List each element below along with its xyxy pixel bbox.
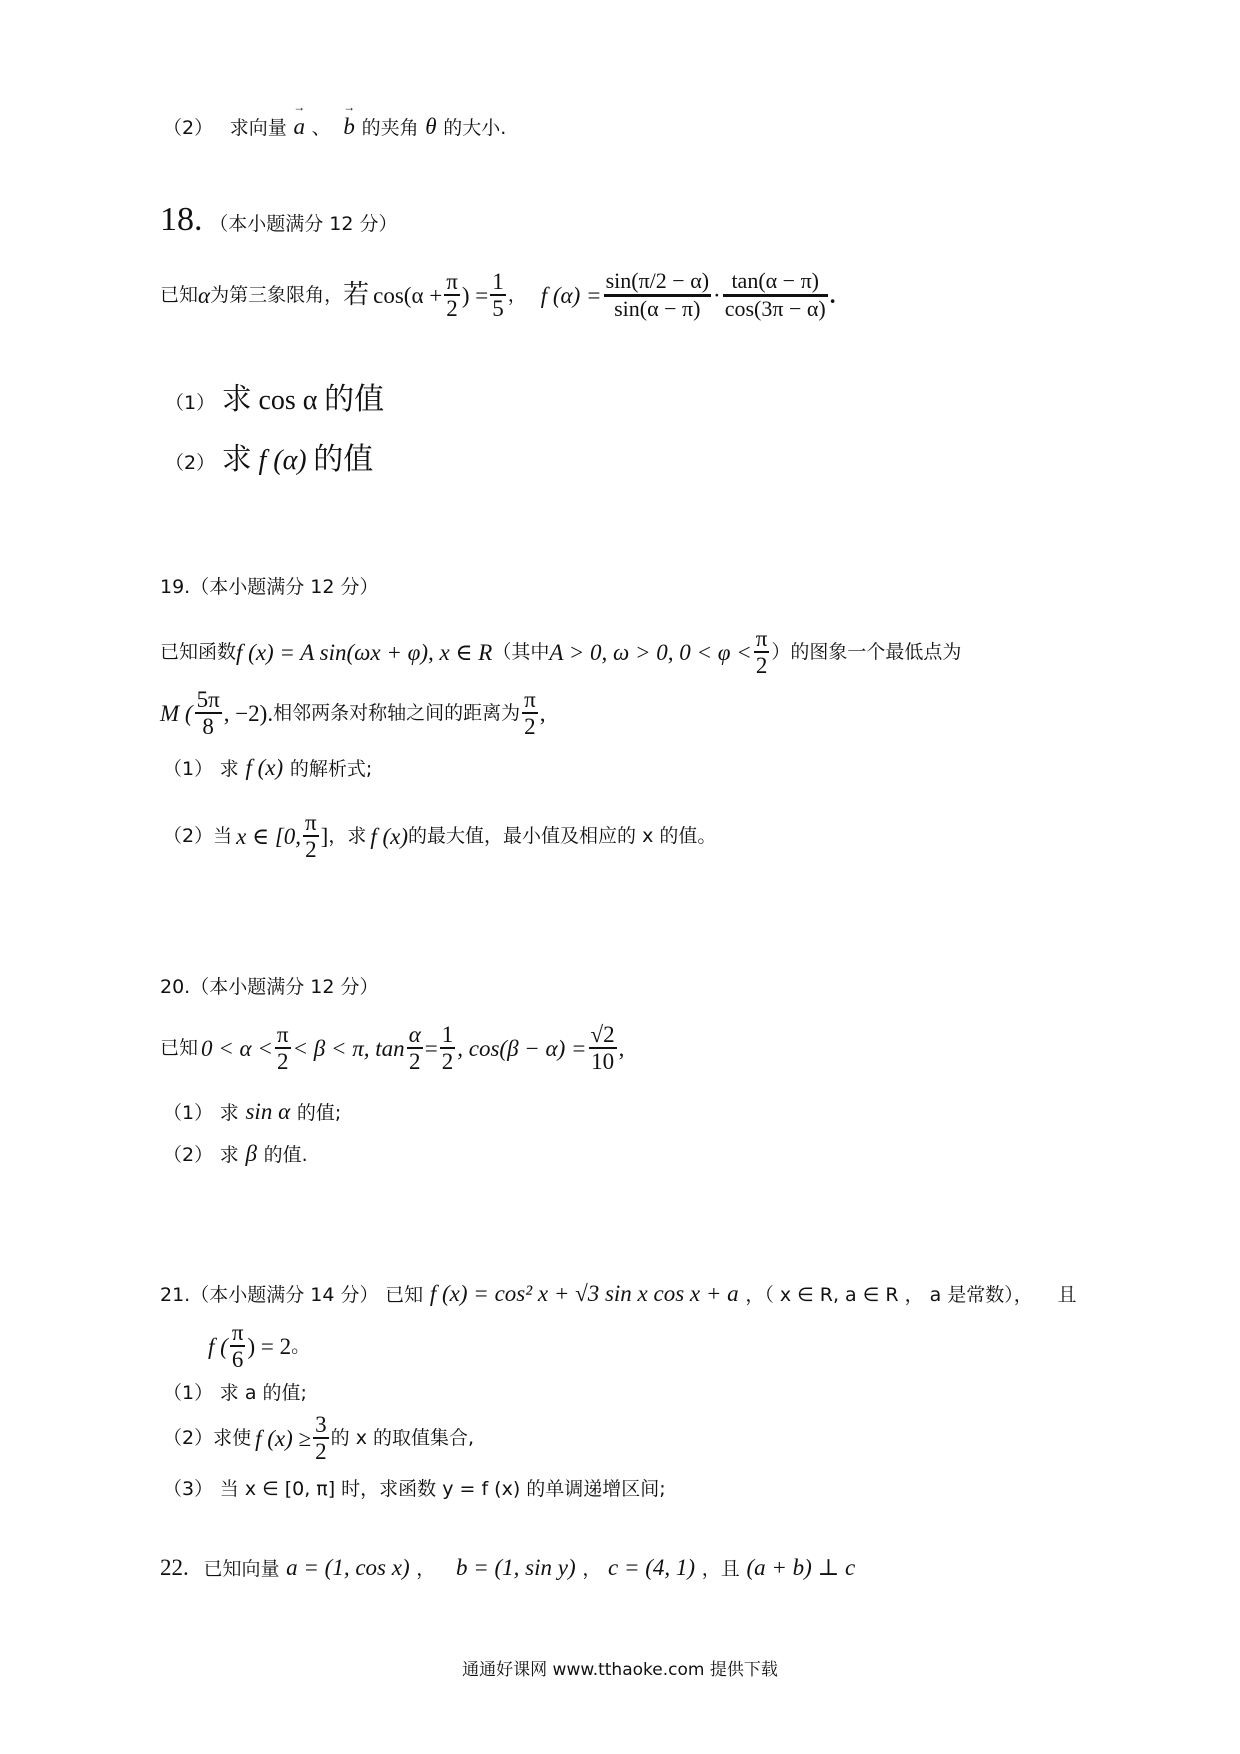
denominator: 2 [444,296,460,321]
text: 已知 [160,286,198,305]
q21-condition: f ( π 6 ) = 2 。 [208,1318,310,1374]
q20-header: 20.（本小题满分 12 分） [160,978,378,997]
text: 的值 [324,382,384,417]
denominator: 10 [589,1049,616,1074]
math-expr: ) = [462,284,488,307]
text: 求 [222,442,252,477]
text: 已知 [160,1039,198,1058]
fraction-1-over-2: 1 2 [440,1022,456,1075]
q17-part2: （2） 求向量 a 、 b 的夹角 θ 的大小. [163,115,506,138]
math-expr: . [830,284,836,307]
text: 相邻两条对称轴之间的距离为 [273,704,520,723]
denominator: cos(3π − α) [723,297,828,321]
math-expr: sin α [245,1099,290,1124]
text: 为第三象限角， [210,286,343,305]
math-expr: , [540,702,546,725]
text: ， [416,1558,435,1580]
text: ， [508,286,527,305]
fraction-5pi-over-8: 5π 8 [195,687,222,740]
math-expr: f (x) = A sin(ωx + φ), x ∈ R [236,641,492,664]
math-expr: β [245,1141,256,1166]
text: ，且 [702,1558,740,1580]
q18-stem: 已知 α 为第三象限角， 若 cos(α + π 2 ) = 1 5 ， f (… [160,255,836,335]
q18-part1: （1） 求 cos α 的值 [165,385,384,415]
text: 、 [312,117,331,139]
numerator: 1 [440,1022,456,1047]
q21-part2: （2） 求使 f (x) ≥ 3 2 的 x 的取值集合, [163,1408,474,1468]
part-number: （2） [163,117,213,139]
numerator: sin(π/2 − α) [604,269,711,293]
text: 求 [220,758,239,780]
denominator: 8 [200,714,216,739]
denominator: 2 [407,1049,423,1074]
question-score: （本小题满分 12 分） [209,213,397,235]
perpendicular-condition: (a + b) ⊥ c [746,1555,855,1580]
numerator: π [754,626,770,651]
denominator: 5 [490,296,506,321]
part-number: （2） [163,1144,213,1166]
q19-part1: （1） 求 f (x) 的解析式; [163,756,372,779]
numerator: 3 [313,1412,329,1437]
math-expr: ] [321,825,329,848]
denominator: 2 [313,1439,329,1464]
numerator: √2 [589,1022,617,1047]
q19-stem-line1: 已知函数 f (x) = A sin(ωx + φ), x ∈ R （其中 A … [160,622,961,682]
vector-a: a [293,115,305,138]
fraction-pi-over-2: π 2 [303,810,319,863]
math-expr: = [425,1037,438,1060]
math-expr: f ( [208,1335,228,1358]
q20-part2: （2） 求 β 的值. [163,1142,308,1165]
numerator: π [522,687,538,712]
math-expr: ) = 2 [247,1335,291,1358]
text: 的最大值，最小值及相应的 x 的值。 [408,827,716,846]
part-number: （3） [163,1478,213,1500]
text: 的值; [297,1102,341,1124]
numerator: π [230,1320,246,1345]
math-expr: f (x) = cos² x + √3 sin x cos x + a [430,1281,739,1306]
part-number: （1） [163,758,213,780]
numerator: α [407,1022,423,1047]
fraction-3-over-2: 3 2 [313,1412,329,1465]
text: 已知函数 [160,643,236,662]
denominator: sin(α − π) [612,297,702,321]
part-number: （2） [163,1429,213,1448]
fraction-sin-over-sin: sin(π/2 − α) sin(α − π) [604,269,711,320]
math-expr: f (α) [258,445,306,476]
question-header: 21.（本小题满分 14 分） [160,1284,378,1306]
math-expr: < β < π, tan [293,1037,405,1060]
text: 当 x ∈ [0, π] 时，求函数 y = f (x) 的单调递增区间; [220,1478,666,1500]
numerator: 5π [195,687,222,712]
vector-b-definition: b = (1, sin y) [456,1555,576,1580]
denominator: 2 [754,653,770,678]
page-footer: 通通好课网 www.tthaoke.com 提供下载 [0,1655,1240,1680]
math-expr: f (α) = [541,284,602,307]
text: 当 [213,827,232,846]
text: 的值. [264,1144,308,1166]
text: 求 [222,382,252,417]
text: 求使 [213,1429,251,1448]
fraction-pi-over-6: π 6 [230,1320,246,1373]
fraction-pi-over-2: π 2 [444,269,460,322]
math-expr: , −2). [224,702,273,725]
fraction-alpha-over-2: α 2 [407,1022,423,1075]
q18-part2: （2） 求 f (α) 的值 [165,445,373,475]
text: 的 x 的取值集合, [331,1429,474,1448]
text: ）的图象一个最低点为 [771,643,961,662]
text: 若 [343,282,369,308]
q21-stem: 21.（本小题满分 14 分） 已知 f (x) = cos² x + √3 s… [160,1282,1077,1305]
q19-header: 19.（本小题满分 12 分） [160,578,378,597]
part-number: （1） [163,1102,213,1124]
math-expr: 0 < α < [201,1037,273,1060]
denominator: 2 [275,1049,291,1074]
text: 。 [291,1337,310,1356]
text: 的大小. [443,117,506,139]
vector-b: b [343,115,355,138]
text: 求 a 的值; [220,1382,307,1404]
numerator: π [303,810,319,835]
part-number: （1） [163,1382,213,1404]
q21-part3: （3） 当 x ∈ [0, π] 时，求函数 y = f (x) 的单调递增区间… [163,1478,666,1499]
text: 且 [1057,1284,1076,1306]
numerator: 1 [490,269,506,294]
q19-part2: （2） 当 x ∈ [0, π 2 ] ，求 f (x) 的最大值，最小值及相应… [163,808,716,864]
math-expr: cos α [258,385,317,416]
vector-a-definition: a = (1, cos x) [286,1555,409,1580]
text: （其中 [492,643,549,662]
q18-header: 18. （本小题满分 12 分） [160,203,397,237]
fraction-pi-over-2: π 2 [275,1022,291,1075]
text: 求 [220,1144,239,1166]
numerator: tan(α − π) [729,269,821,293]
part-number: （2） [165,452,215,474]
fraction-1-over-5: 1 5 [490,269,506,322]
math-expr: , [619,1037,625,1060]
denominator: 6 [230,1347,246,1372]
q20-part1: （1） 求 sin α 的值; [163,1100,341,1123]
q19-stem-line2: M ( 5π 8 , −2). 相邻两条对称轴之间的距离为 π 2 , [160,683,545,743]
math-expr: M ( [160,702,193,725]
math-expr: · [713,284,721,307]
numerator: π [444,269,460,294]
alpha: α [198,284,210,307]
text: 的夹角 [362,117,419,139]
theta: θ [425,114,436,139]
denominator: 2 [522,714,538,739]
text: 求向量 [230,117,287,139]
text: 已知 [385,1284,423,1306]
part-number: （2） [163,827,213,846]
question-number: 18. [160,201,203,238]
text: ，（ x ∈ R, a ∈ R ， a 是常数）， [745,1284,1032,1306]
text: ，求 [328,827,366,846]
fraction-sqrt2-over-10: √2 10 [589,1022,617,1075]
q21-part1: （1） 求 a 的值; [163,1382,307,1403]
q20-stem: 已知 0 < α < π 2 < β < π, tan α 2 = 1 2 , … [160,1018,624,1078]
q22-stem: 22. 已知向量 a = (1, cos x) ， b = (1, sin y)… [160,1556,855,1579]
vector-c-definition: c = (4, 1) [608,1555,695,1580]
fraction-pi-over-2: π 2 [522,687,538,740]
math-expr: , cos(β − α) = [457,1037,586,1060]
text: 已知向量 [203,1558,279,1580]
fraction-pi-over-2: π 2 [754,626,770,679]
text: ， [582,1558,601,1580]
text: 的解析式; [290,758,372,780]
math-expr: A > 0, ω > 0, 0 < φ < [549,641,751,664]
math-expr: x ∈ [0, [236,825,301,848]
denominator: 2 [303,837,319,862]
denominator: 2 [440,1049,456,1074]
text: 求 [220,1102,239,1124]
math-expr: f (x) [370,825,408,848]
math-expr: cos(α + [373,284,442,307]
fraction-tan-over-cos: tan(α − π) cos(3π − α) [723,269,828,320]
text: 的值 [313,442,373,477]
part-number: （1） [165,392,215,414]
question-number: 22. [160,1555,189,1580]
math-expr: f (x) ≥ [255,1427,311,1450]
math-expr: f (x) [245,755,283,780]
numerator: π [275,1022,291,1047]
